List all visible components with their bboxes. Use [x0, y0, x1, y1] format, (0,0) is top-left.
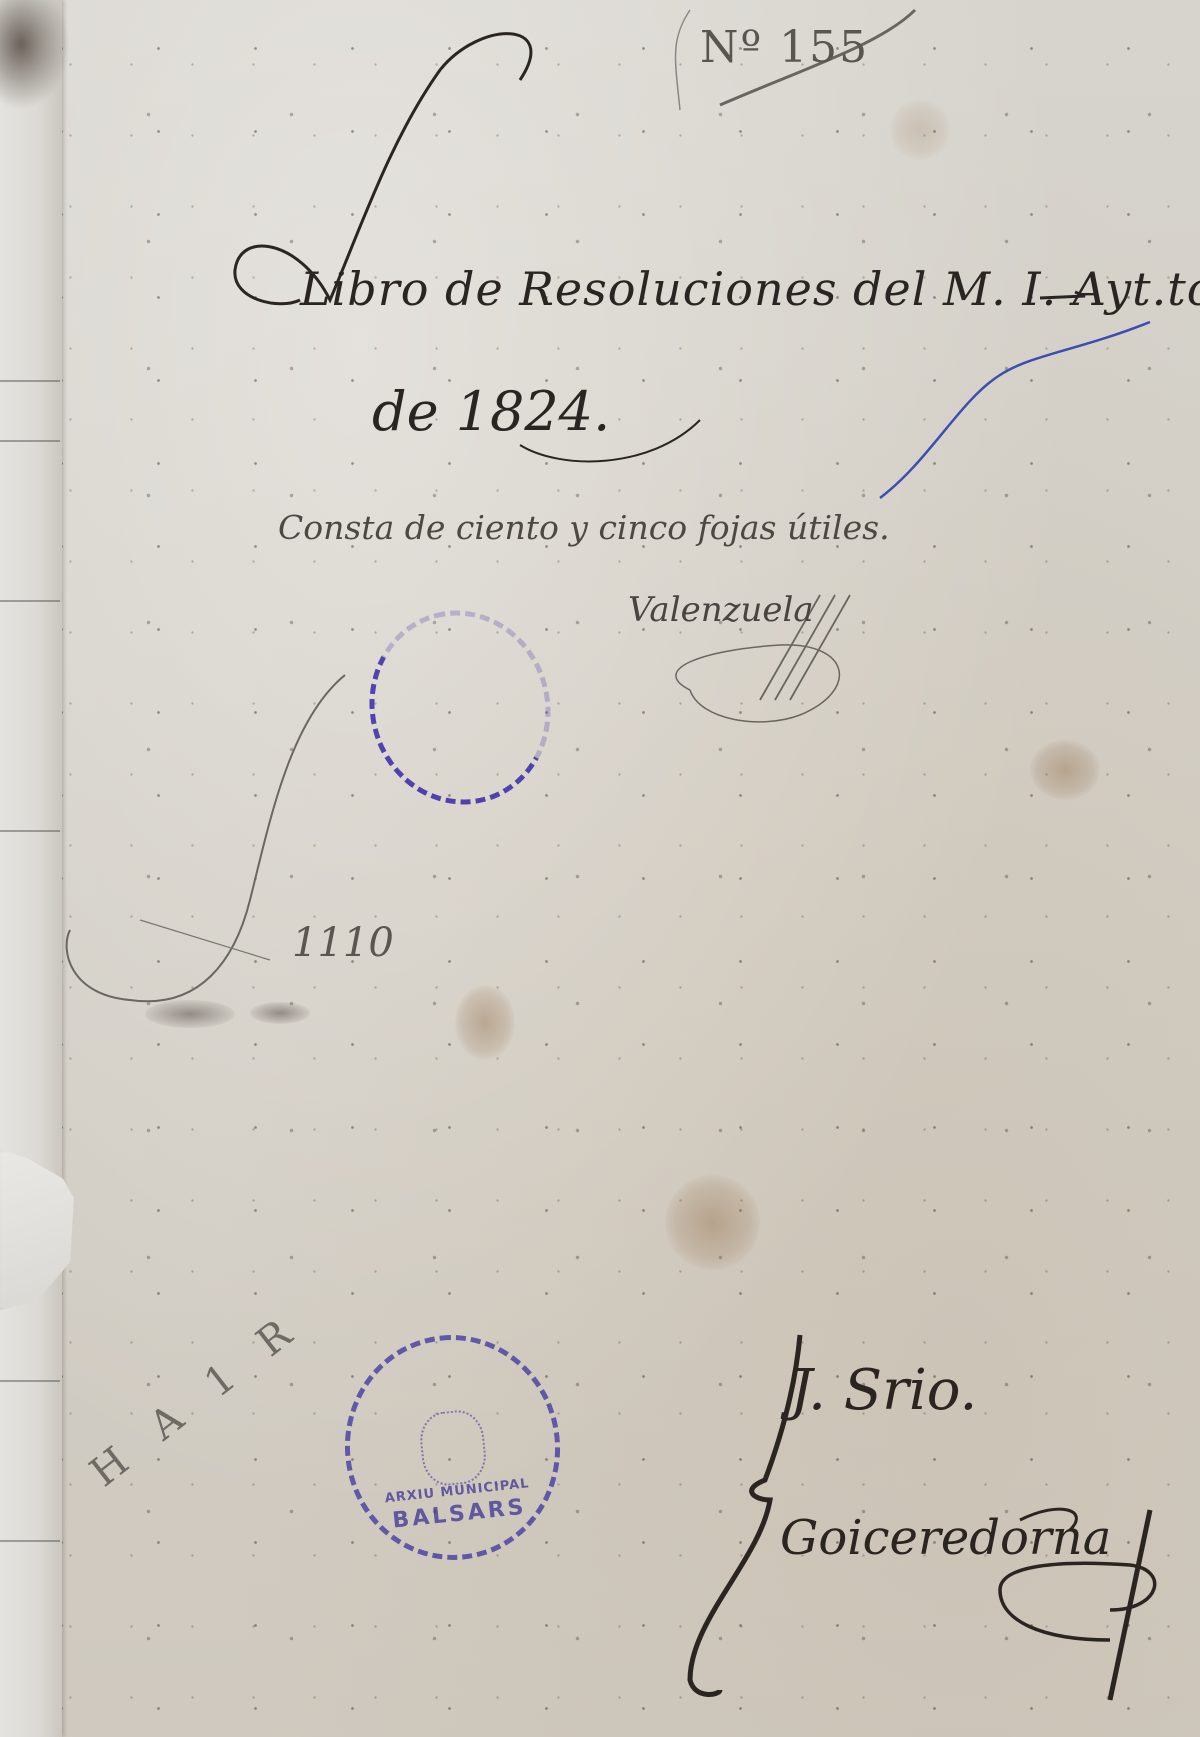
document-title: Libro de Resoluciones del M. I. Ayt.to	[300, 262, 1200, 316]
binding-fold	[0, 1540, 60, 1542]
binding-fold	[0, 600, 60, 602]
stain-spot	[890, 100, 950, 160]
certifier-signature: Valenzuela	[628, 590, 814, 630]
binding-fold	[0, 830, 60, 832]
year-line: de 1824.	[372, 380, 610, 443]
stamp-emblem-icon	[417, 1407, 488, 1487]
binding-fold	[0, 380, 60, 382]
stain-spot	[665, 1175, 760, 1270]
margin-folio-note: 1110	[292, 920, 394, 966]
stain-spot	[1030, 740, 1100, 800]
paper-texture	[0, 0, 1200, 1737]
binding-fold	[0, 440, 60, 442]
ink-smudge	[145, 1000, 235, 1028]
reference-number: Nº 155	[700, 22, 869, 73]
document-page: Nº 155 Libro de Resoluciones del M. I. A…	[0, 0, 1200, 1737]
folio-count-note: Consta de ciento y cinco fojas útiles.	[278, 508, 890, 547]
binding-fold	[0, 1380, 60, 1382]
ink-smudge	[250, 1002, 310, 1024]
secretary-signature-line2: Goiceredorna	[780, 1510, 1111, 1566]
stain-spot	[455, 985, 515, 1060]
binding-tie	[0, 0, 70, 110]
binding-edge	[0, 0, 62, 1737]
secretary-signature-line1: J. Srio.	[790, 1358, 977, 1423]
